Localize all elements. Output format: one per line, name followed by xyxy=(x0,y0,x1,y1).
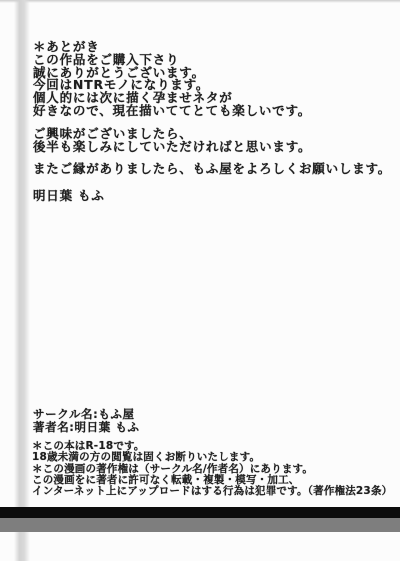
top-page-edge-line xyxy=(0,0,400,3)
notice-line-age: 18歳未満の方の閲覧は固くお断りいたします。 xyxy=(32,452,392,463)
scanned-afterword-page: ＊あとがき この作品をご購入下さり 誠にありがとうございます。 今回はNTRモノ… xyxy=(0,0,400,561)
afterword-paragraph-farewell: またご縁がありましたら、もふ屋をよろしくお願いします。 xyxy=(33,163,391,176)
circle-name-line: サークル名:もふ屋 xyxy=(33,408,140,421)
text-line: 後半も楽しみにしていただければと思います。 xyxy=(33,141,391,154)
text-line: 明日葉 もふ xyxy=(33,190,391,203)
author-signature: 明日葉 もふ xyxy=(33,190,391,203)
text-line: 好きなので、現在描いててとても楽しいです。 xyxy=(33,105,391,118)
spine-gutter-shadow xyxy=(14,0,30,561)
text-line: またご縁がありましたら、もふ屋をよろしくお願いします。 xyxy=(33,163,391,176)
afterword-paragraph-interest: ご興味がございましたら、 後半も楽しみにしていただければと思います。 xyxy=(33,128,391,154)
afterword-paragraph-thanks: ＊あとがき この作品をご購入下さり 誠にありがとうございます。 今回はNTRモノ… xyxy=(33,41,391,118)
circle-credits-block: サークル名:もふ屋 著者名:明日葉 もふ xyxy=(33,408,140,433)
author-name-line: 著者名:明日葉 もふ xyxy=(33,421,140,434)
notice-line-upload-crime: インターネット上にアップロードはする行為は犯罪です。（著作権法23条） xyxy=(32,486,392,497)
copyright-notice-block: ＊この本はR-18です。 18歳未満の方の閲覧は固くお断りいたします。 ＊この漫… xyxy=(32,441,392,497)
bottom-page-edge-gray-shadow xyxy=(0,518,400,532)
afterword-text-block: ＊あとがき この作品をご購入下さり 誠にありがとうございます。 今回はNTRモノ… xyxy=(33,41,391,213)
bottom-page-edge-black-band xyxy=(0,507,400,518)
